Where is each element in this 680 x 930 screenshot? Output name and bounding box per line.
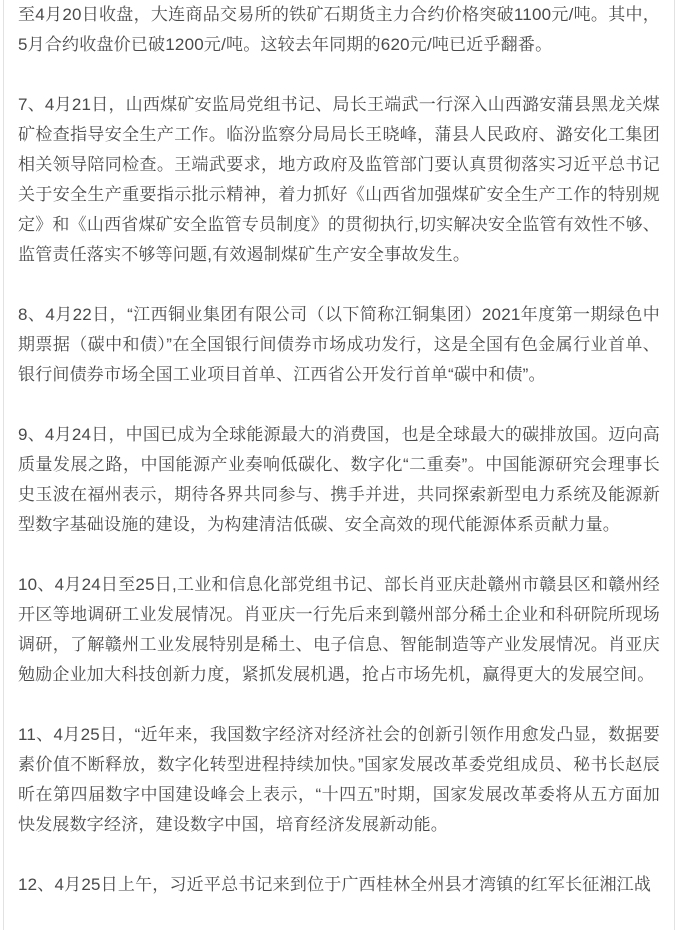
article-paragraph-item-10: 10、4月24日至25日,工业和信息化部党组书记、部长肖亚庆赴赣州市赣县区和赣州…	[18, 570, 660, 690]
article-paragraph-item-8: 8、4月22日，“江西铜业集团有限公司（以下简称江铜集团）2021年度第一期绿色…	[18, 300, 660, 390]
article-paragraph-continuation: 至4月20日收盘，大连商品交易所的铁矿石期货主力合约价格突破1100元/吨。其中…	[18, 0, 660, 60]
article-paragraph-item-12-partial: 12、4月25日上午，习近平总书记来到位于广西桂林全州县才湾镇的红军长征湘江战	[18, 870, 660, 900]
article-page: 至4月20日收盘，大连商品交易所的铁矿石期货主力合约价格突破1100元/吨。其中…	[0, 0, 680, 930]
article-content: 至4月20日收盘，大连商品交易所的铁矿石期货主力合约价格突破1100元/吨。其中…	[4, 0, 674, 930]
article-paragraph-item-11: 11、4月25日，“近年来，我国数字经济对经济社会的创新引领作用愈发凸显，数据要…	[18, 720, 660, 840]
page-right-rule	[674, 0, 675, 930]
article-paragraph-item-9: 9、4月24日，中国已成为全球能源最大的消费国，也是全球最大的碳排放国。迈向高质…	[18, 420, 660, 540]
article-paragraph-item-7: 7、4月21日，山西煤矿安监局党组书记、局长王端武一行深入山西潞安蒲县黑龙关煤矿…	[18, 90, 660, 270]
